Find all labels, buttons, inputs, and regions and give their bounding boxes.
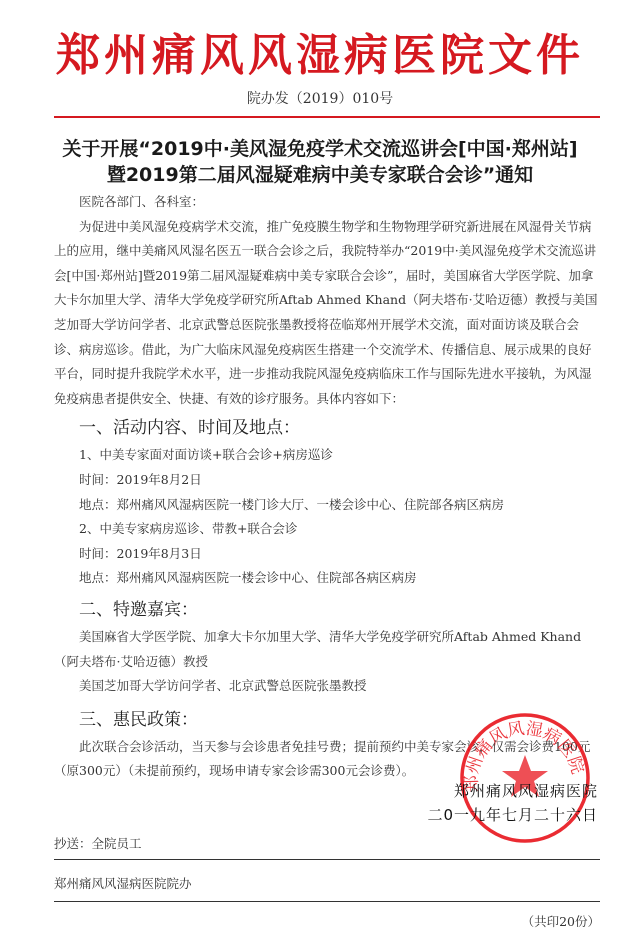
title-line-1: 关于开展“2019中·美风湿免疫学术交流巡讲会[中国·郑州站] xyxy=(0,136,640,162)
footer-divider-bottom xyxy=(54,901,600,902)
title-line-2: 暨2019第二届风湿疑难病中美专家联合会诊”通知 xyxy=(0,162,640,188)
activity-2-time: 时间：2019年8月3日 xyxy=(54,542,600,567)
activity-1-place: 地点：郑州痛风风湿病医院一楼门诊大厅、一楼会诊中心、住院部各病区病房 xyxy=(54,493,600,518)
activity-1-title: 1、中美专家面对面访谈+联合会诊+病房巡诊 xyxy=(54,443,600,468)
header-divider xyxy=(54,116,600,118)
document-body: 医院各部门、各科室： 为促进中美风湿免疫病学术交流，推广免疫膜生物学和生物物理学… xyxy=(54,190,600,784)
signing-organization: 郑州痛风风湿病医院 xyxy=(454,780,598,801)
salutation: 医院各部门、各科室： xyxy=(54,190,600,215)
guest-1: 美国麻省大学医学院、加拿大卡尔加里大学、清华大学免疫学研究所Aftab Ahme… xyxy=(54,625,600,674)
document-title: 关于开展“2019中·美风湿免疫学术交流巡讲会[中国·郑州站] 暨2019第二届… xyxy=(0,136,640,188)
guest-2: 美国芝加哥大学访问学者、北京武警总医院张墨教授 xyxy=(54,674,600,699)
print-copies: （共印20份） xyxy=(522,912,600,930)
activity-1-time: 时间：2019年8月2日 xyxy=(54,468,600,493)
activity-2-place: 地点：郑州痛风风湿病医院一楼会诊中心、住院部各病区病房 xyxy=(54,566,600,591)
document-masthead: 郑州痛风风湿病医院文件 xyxy=(0,28,640,84)
activity-2-title: 2、中美专家病房巡诊、带教+联合会诊 xyxy=(54,517,600,542)
section-heading-guests: 二、特邀嘉宾： xyxy=(54,595,600,625)
section-heading-activities: 一、活动内容、时间及地点： xyxy=(54,413,600,443)
signing-date: 二0一九年七月二十六日 xyxy=(427,804,598,825)
footer-divider-top xyxy=(54,859,600,860)
cc-recipients: 抄送：全院员工 xyxy=(54,834,142,852)
document-number: 院办发（2019）010号 xyxy=(0,88,640,108)
intro-paragraph: 为促进中美风湿免疫病学术交流，推广免疫膜生物学和生物物理学研究新进展在风湿骨关节… xyxy=(54,215,600,412)
issuing-office: 郑州痛风风湿病医院院办 xyxy=(54,874,192,892)
